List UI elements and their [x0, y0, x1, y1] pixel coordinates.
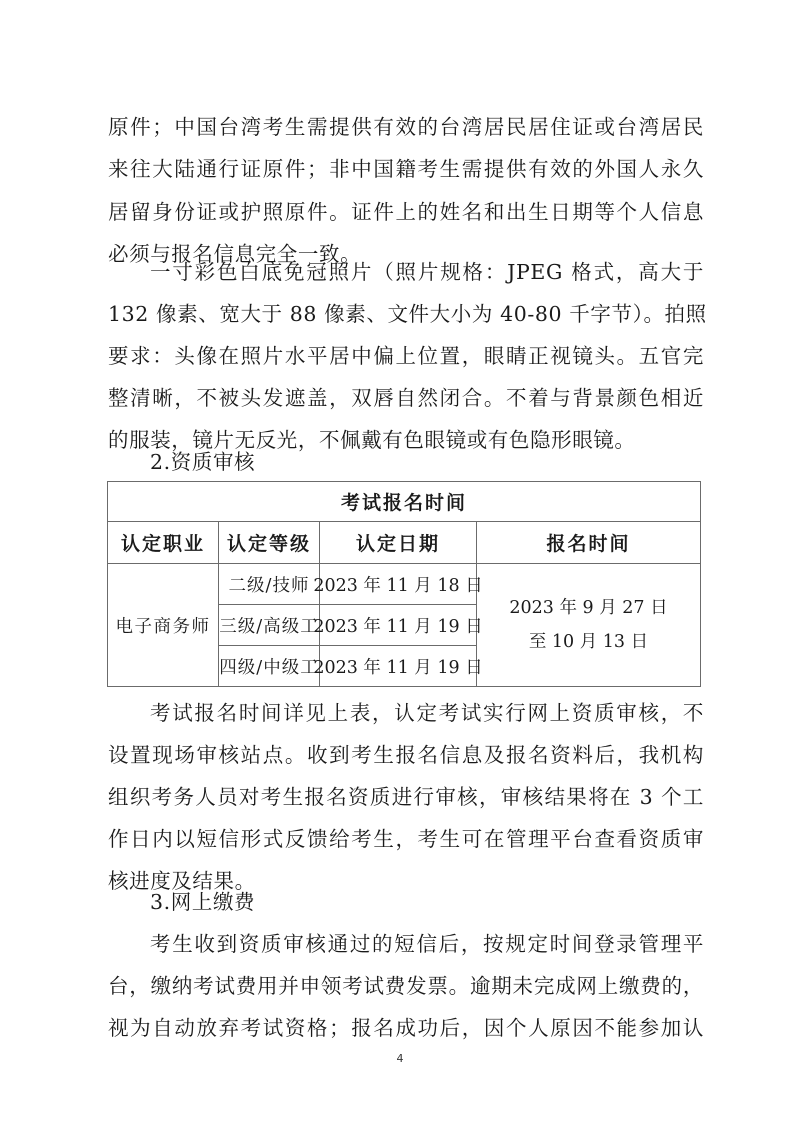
table-header-registration: 报名时间	[477, 522, 700, 564]
paragraph-line: 原件；中国台湾考生需提供有效的台湾居民居住证或台湾居民	[108, 113, 704, 141]
paragraph-line: 设置现场审核站点。收到考生报名信息及报名资料后，我机构	[108, 741, 704, 769]
section-heading: 2.资质审核	[150, 448, 255, 476]
table-header-occupation: 认定职业	[108, 522, 219, 564]
table-header-level: 认定等级	[219, 522, 320, 564]
paragraph-line: 要求：头像在照片水平居中偏上位置，眼睛正视镜头。五官完	[108, 342, 704, 370]
registration-end: 至 10 月 13 日	[529, 625, 648, 659]
paragraph-line: 台，缴纳考试费用并申领考试费发票。逾期未完成网上缴费的，	[108, 972, 704, 1000]
table-cell-registration-period: 2023 年 9 月 27 日 至 10 月 13 日	[477, 564, 700, 686]
paragraph-line: 组织考务人员对考生报名资质进行审核，审核结果将在 3 个工	[108, 783, 704, 811]
paragraph-line: 整清晰，不被头发遮盖，双唇自然闭合。不着与背景颜色相近	[108, 384, 704, 412]
document-page: 原件；中国台湾考生需提供有效的台湾居民居住证或台湾居民 来往大陆通行证原件；非中…	[0, 0, 800, 1131]
table-cell-level: 四级/中级工	[219, 646, 320, 686]
paragraph-line: 作日内以短信形式反馈给考生，考生可在管理平台查看资质审	[108, 825, 704, 853]
table-cell-level: 二级/技师	[219, 564, 320, 605]
table-cell-date: 2023 年 11 月 19 日	[320, 605, 477, 646]
table-header-date: 认定日期	[320, 522, 477, 564]
table-cell-level: 三级/高级工	[219, 605, 320, 646]
paragraph-line: 132 像素、宽大于 88 像素、文件大小为 40-80 千字节）。拍照	[108, 300, 704, 328]
table-cell-date: 2023 年 11 月 19 日	[320, 646, 477, 686]
registration-start: 2023 年 9 月 27 日	[509, 591, 667, 625]
page-number: 4	[0, 1052, 800, 1065]
paragraph-line: 考试报名时间详见上表，认定考试实行网上资质审核，不	[150, 699, 704, 727]
paragraph-line: 考生收到资质审核通过的短信后，按规定时间登录管理平	[150, 930, 704, 958]
paragraph-line: 一寸彩色白底免冠照片（照片规格：JPEG 格式，高大于	[150, 258, 704, 286]
paragraph-line: 视为自动放弃考试资格；报名成功后，因个人原因不能参加认	[108, 1014, 704, 1042]
table-title: 考试报名时间	[108, 482, 700, 522]
paragraph-line: 居留身份证或护照原件。证件上的姓名和出生日期等个人信息	[108, 198, 704, 226]
table-cell-occupation: 电子商务师	[108, 564, 219, 686]
section-heading: 3.网上缴费	[150, 888, 255, 916]
exam-registration-table: 考试报名时间 认定职业 认定等级 认定日期 报名时间 电子商务师 二级/技师 2…	[107, 481, 701, 687]
paragraph-line: 来往大陆通行证原件；非中国籍考生需提供有效的外国人永久	[108, 155, 704, 183]
table-cell-date: 2023 年 11 月 18 日	[320, 564, 477, 605]
